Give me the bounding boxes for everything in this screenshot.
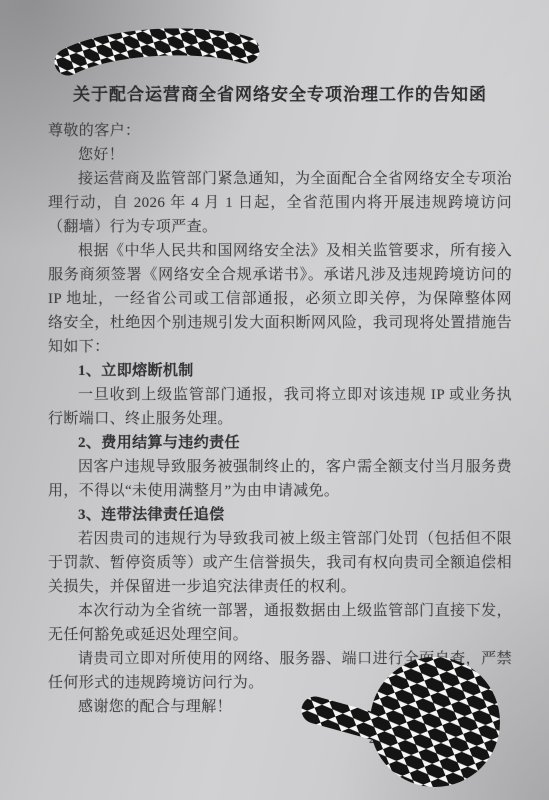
section-1-body: 一旦收到上级监管部门通报，我司将立即对该违规 IP 或业务执行断端口、终止服务处… [48,383,512,431]
intro-paragraph-2: 根据《中华人民共和国网络安全法》及相关监管要求，所有接入服务商须签署《网络安全合… [48,239,512,359]
greeting: 您好！ [48,143,512,167]
section-2-body: 因客户违规导致服务被强制终止的，客户需全额支付当月服务费用，不得以“未使用满整月… [48,455,512,503]
redaction-scribble-bottom [295,638,527,800]
section-2-heading: 2、费用结算与违约责任 [48,431,512,455]
section-3-body: 若因贵司的违规行为导致我司被上级主管部门处罚（包括但不限于罚款、暂停资质等）或产… [48,527,512,599]
salutation: 尊敬的客户： [48,119,512,143]
intro-paragraph-1: 接运营商及监管部门紧急通知，为全面配合全省网络安全专项治理行动，自 2026 年… [48,167,512,239]
section-1-heading: 1、立即熔断机制 [48,359,512,383]
section-3-heading: 3、连带法律责任追偿 [48,503,512,527]
document-title: 关于配合运营商全省网络安全专项治理工作的告知函 [48,82,512,108]
letter-body: 关于配合运营商全省网络安全专项治理工作的告知函 尊敬的客户： 您好！ 接运营商及… [48,82,512,719]
document-page: 失 关于配合运营商全省网络安全专项治理工作的告知函 尊敬的客户： 您好！ 接运营… [0,0,549,800]
redaction-scribble-top [52,24,264,82]
